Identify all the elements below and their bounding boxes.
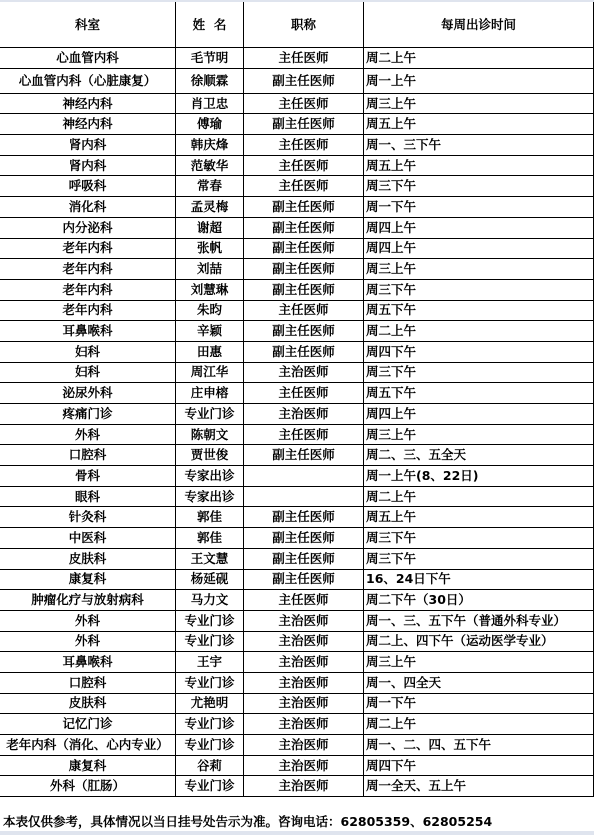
title-cell: 副主任医师	[244, 341, 364, 362]
title-cell: 主治医师	[244, 631, 364, 652]
clinic-time-cell: 周二下午（30日）	[364, 590, 594, 611]
title-cell: 副主任医师	[244, 445, 364, 466]
department-cell: 内分泌科	[0, 217, 176, 238]
department-cell: 眼科	[0, 486, 176, 507]
doctor-name-cell: 谢超	[176, 217, 244, 238]
title-cell: 主治医师	[244, 652, 364, 673]
department-cell: 口腔科	[0, 672, 176, 693]
clinic-time-cell: 周三下午	[364, 548, 594, 569]
title-cell: 主任医师	[244, 590, 364, 611]
doctor-name-cell: 专业门诊	[176, 631, 244, 652]
clinic-time-cell: 周三上午	[364, 652, 594, 673]
header-weekly-time: 每周出诊时间	[364, 2, 594, 48]
clinic-time-cell: 周三下午	[364, 528, 594, 549]
clinic-time-cell: 周三上午	[364, 93, 594, 114]
department-cell: 针灸科	[0, 507, 176, 528]
doctor-name-cell: 王文慧	[176, 548, 244, 569]
doctor-name-cell: 孟灵梅	[176, 197, 244, 218]
title-cell: 副主任医师	[244, 238, 364, 259]
schedule-sheet: 科室 姓 名 职称 每周出诊时间 心血管内科毛节明主任医师周二上午心血管内科（心…	[0, 2, 594, 831]
department-cell: 心血管内科（心脏康复）	[0, 68, 176, 93]
department-cell: 老年内科	[0, 259, 176, 280]
title-cell	[244, 466, 364, 487]
doctor-name-cell: 肖卫忠	[176, 93, 244, 114]
doctor-name-cell: 常春	[176, 176, 244, 197]
department-cell: 神经内科	[0, 114, 176, 135]
table-row: 妇科周江华主治医师周三下午	[0, 362, 594, 383]
department-cell: 老年内科	[0, 300, 176, 321]
clinic-time-cell: 周二上午	[364, 48, 594, 69]
title-cell: 副主任医师	[244, 548, 364, 569]
department-cell: 疼痛门诊	[0, 404, 176, 425]
doctor-name-cell: 专家出诊	[176, 466, 244, 487]
doctor-name-cell: 专业门诊	[176, 714, 244, 735]
doctor-name-cell: 周江华	[176, 362, 244, 383]
title-cell: 副主任医师	[244, 68, 364, 93]
clinic-time-cell: 周一、四全天	[364, 672, 594, 693]
title-cell: 主治医师	[244, 404, 364, 425]
clinic-time-cell: 周一、三下午	[364, 135, 594, 156]
department-cell: 外科（肛肠）	[0, 776, 176, 797]
doctor-name-cell: 专业门诊	[176, 776, 244, 797]
department-cell: 中医科	[0, 528, 176, 549]
clinic-time-cell: 周一上午(8、22日)	[364, 466, 594, 487]
doctor-name-cell: 专业门诊	[176, 735, 244, 756]
table-row: 消化科孟灵梅副主任医师周一下午	[0, 197, 594, 218]
title-cell: 主治医师	[244, 714, 364, 735]
clinic-time-cell: 周一、二、四、五下午	[364, 735, 594, 756]
title-cell: 主治医师	[244, 672, 364, 693]
department-cell: 耳鼻喉科	[0, 652, 176, 673]
table-row: 外科（肛肠）专业门诊主治医师周一全天、五上午	[0, 776, 594, 797]
doctor-name-cell: 专业门诊	[176, 610, 244, 631]
department-cell: 老年内科（消化、心内专业）	[0, 735, 176, 756]
title-cell: 主任医师	[244, 135, 364, 156]
title-cell: 主任医师	[244, 48, 364, 69]
department-cell: 泌尿外科	[0, 383, 176, 404]
title-cell: 主任医师	[244, 93, 364, 114]
table-row: 记忆门诊专业门诊主治医师周二上午	[0, 714, 594, 735]
clinic-time-cell: 周四上午	[364, 404, 594, 425]
doctor-name-cell: 毛节明	[176, 48, 244, 69]
table-row: 皮肤科尤艳明主治医师周一下午	[0, 693, 594, 714]
department-cell: 皮肤科	[0, 693, 176, 714]
clinic-time-cell: 周三下午	[364, 176, 594, 197]
doctor-name-cell: 马力文	[176, 590, 244, 611]
doctor-name-cell: 张帆	[176, 238, 244, 259]
title-cell: 主任医师	[244, 300, 364, 321]
title-cell: 主任医师	[244, 155, 364, 176]
department-cell: 呼吸科	[0, 176, 176, 197]
doctor-name-cell: 尤艳明	[176, 693, 244, 714]
table-row: 疼痛门诊专业门诊主治医师周四上午	[0, 404, 594, 425]
department-cell: 康复科	[0, 755, 176, 776]
table-row: 针灸科郭佳副主任医师周五上午	[0, 507, 594, 528]
clinic-schedule-table: 科室 姓 名 职称 每周出诊时间 心血管内科毛节明主任医师周二上午心血管内科（心…	[0, 2, 594, 797]
clinic-time-cell: 周五下午	[364, 383, 594, 404]
clinic-time-cell: 周一上午	[364, 68, 594, 93]
table-row: 肾内科韩庆烽主任医师周一、三下午	[0, 135, 594, 156]
table-row: 康复科杨延砚副主任医师16、24日下午	[0, 569, 594, 590]
table-row: 康复科谷莉主治医师周四下午	[0, 755, 594, 776]
department-cell: 老年内科	[0, 279, 176, 300]
clinic-time-cell: 周五上午	[364, 507, 594, 528]
department-cell: 消化科	[0, 197, 176, 218]
department-cell: 肾内科	[0, 155, 176, 176]
title-cell: 主任医师	[244, 383, 364, 404]
doctor-name-cell: 田惠	[176, 341, 244, 362]
department-cell: 骨科	[0, 466, 176, 487]
table-row: 内分泌科谢超副主任医师周四上午	[0, 217, 594, 238]
title-cell: 主任医师	[244, 176, 364, 197]
table-row: 神经内科肖卫忠主任医师周三上午	[0, 93, 594, 114]
doctor-name-cell: 庄申榕	[176, 383, 244, 404]
table-row: 心血管内科（心脏康复）徐顺霖副主任医师周一上午	[0, 68, 594, 93]
clinic-time-cell: 周一下午	[364, 197, 594, 218]
table-row: 泌尿外科庄申榕主任医师周五下午	[0, 383, 594, 404]
table-row: 老年内科朱昀主任医师周五下午	[0, 300, 594, 321]
clinic-time-cell: 周三上午	[364, 424, 594, 445]
table-row: 妇科田惠副主任医师周四下午	[0, 341, 594, 362]
table-row: 口腔科专业门诊主治医师周一、四全天	[0, 672, 594, 693]
clinic-time-cell: 周五下午	[364, 300, 594, 321]
header-name: 姓 名	[176, 2, 244, 48]
doctor-name-cell: 专业门诊	[176, 404, 244, 425]
doctor-name-cell: 朱昀	[176, 300, 244, 321]
table-row: 肾内科范敏华主任医师周五上午	[0, 155, 594, 176]
doctor-name-cell: 陈朝文	[176, 424, 244, 445]
clinic-time-cell: 周二上午	[364, 714, 594, 735]
doctor-name-cell: 徐顺霖	[176, 68, 244, 93]
table-row: 耳鼻喉科辛颖副主任医师周二上午	[0, 321, 594, 342]
table-row: 心血管内科毛节明主任医师周二上午	[0, 48, 594, 69]
header-department: 科室	[0, 2, 176, 48]
table-row: 口腔科贾世俊副主任医师周二、三、五全天	[0, 445, 594, 466]
table-row: 神经内科傅瑜副主任医师周五上午	[0, 114, 594, 135]
title-cell	[244, 486, 364, 507]
clinic-time-cell: 周二、三、五全天	[364, 445, 594, 466]
table-row: 眼科专家出诊周二上午	[0, 486, 594, 507]
table-row: 中医科郭佳副主任医师周三下午	[0, 528, 594, 549]
table-row: 外科陈朝文主任医师周三上午	[0, 424, 594, 445]
department-cell: 外科	[0, 631, 176, 652]
department-cell: 康复科	[0, 569, 176, 590]
table-row: 呼吸科常春主任医师周三下午	[0, 176, 594, 197]
doctor-name-cell: 辛颖	[176, 321, 244, 342]
department-cell: 记忆门诊	[0, 714, 176, 735]
title-cell: 主治医师	[244, 735, 364, 756]
title-cell: 副主任医师	[244, 321, 364, 342]
clinic-time-cell: 周二上午	[364, 321, 594, 342]
clinic-time-cell: 周三上午	[364, 259, 594, 280]
clinic-time-cell: 周一全天、五上午	[364, 776, 594, 797]
department-cell: 神经内科	[0, 93, 176, 114]
title-cell: 副主任医师	[244, 507, 364, 528]
table-row: 老年内科刘慧琳副主任医师周三下午	[0, 279, 594, 300]
clinic-time-cell: 周四上午	[364, 238, 594, 259]
title-cell: 副主任医师	[244, 114, 364, 135]
department-cell: 心血管内科	[0, 48, 176, 69]
doctor-name-cell: 专业门诊	[176, 672, 244, 693]
clinic-time-cell: 周五上午	[364, 114, 594, 135]
table-row: 耳鼻喉科王宇主治医师周三上午	[0, 652, 594, 673]
doctor-name-cell: 谷莉	[176, 755, 244, 776]
title-cell: 主任医师	[244, 424, 364, 445]
department-cell: 肾内科	[0, 135, 176, 156]
title-cell: 副主任医师	[244, 217, 364, 238]
title-cell: 主治医师	[244, 610, 364, 631]
doctor-name-cell: 杨延砚	[176, 569, 244, 590]
title-cell: 主治医师	[244, 776, 364, 797]
table-row: 骨科专家出诊周一上午(8、22日)	[0, 466, 594, 487]
title-cell: 副主任医师	[244, 197, 364, 218]
header-title: 职称	[244, 2, 364, 48]
clinic-time-cell: 周二上、四下午（运动医学专业）	[364, 631, 594, 652]
title-cell: 主治医师	[244, 755, 364, 776]
doctor-name-cell: 郭佳	[176, 528, 244, 549]
doctor-name-cell: 傅瑜	[176, 114, 244, 135]
table-row: 外科专业门诊主治医师周二上、四下午（运动医学专业）	[0, 631, 594, 652]
department-cell: 外科	[0, 610, 176, 631]
clinic-time-cell: 16、24日下午	[364, 569, 594, 590]
table-row: 外科专业门诊主治医师周一、三、五下午（普通外科专业）	[0, 610, 594, 631]
department-cell: 老年内科	[0, 238, 176, 259]
table-row: 皮肤科王文慧副主任医师周三下午	[0, 548, 594, 569]
clinic-time-cell: 周二上午	[364, 486, 594, 507]
department-cell: 皮肤科	[0, 548, 176, 569]
title-cell: 副主任医师	[244, 279, 364, 300]
table-row: 老年内科刘喆副主任医师周三上午	[0, 259, 594, 280]
table-row: 老年内科（消化、心内专业）专业门诊主治医师周一、二、四、五下午	[0, 735, 594, 756]
title-cell: 副主任医师	[244, 259, 364, 280]
clinic-time-cell: 周三下午	[364, 279, 594, 300]
title-cell: 副主任医师	[244, 528, 364, 549]
title-cell: 主治医师	[244, 362, 364, 383]
clinic-time-cell: 周一、三、五下午（普通外科专业）	[364, 610, 594, 631]
title-cell: 副主任医师	[244, 569, 364, 590]
doctor-name-cell: 贾世俊	[176, 445, 244, 466]
clinic-time-cell: 周四下午	[364, 341, 594, 362]
clinic-time-cell: 周三下午	[364, 362, 594, 383]
clinic-time-cell: 周四下午	[364, 755, 594, 776]
department-cell: 外科	[0, 424, 176, 445]
doctor-name-cell: 专家出诊	[176, 486, 244, 507]
department-cell: 口腔科	[0, 445, 176, 466]
clinic-time-cell: 周五上午	[364, 155, 594, 176]
footer-note: 本表仅供参考，具体情况以当日挂号处告示为准。咨询电话：62805359、6280…	[3, 813, 492, 831]
doctor-name-cell: 郭佳	[176, 507, 244, 528]
table-row: 老年内科张帆副主任医师周四上午	[0, 238, 594, 259]
doctor-name-cell: 王宇	[176, 652, 244, 673]
department-cell: 肿瘤化疗与放射病科	[0, 590, 176, 611]
doctor-name-cell: 刘慧琳	[176, 279, 244, 300]
doctor-name-cell: 韩庆烽	[176, 135, 244, 156]
department-cell: 耳鼻喉科	[0, 321, 176, 342]
department-cell: 妇科	[0, 362, 176, 383]
clinic-time-cell: 周一下午	[364, 693, 594, 714]
clinic-time-cell: 周四上午	[364, 217, 594, 238]
department-cell: 妇科	[0, 341, 176, 362]
title-cell: 主治医师	[244, 693, 364, 714]
table-row: 肿瘤化疗与放射病科马力文主任医师周二下午（30日）	[0, 590, 594, 611]
header-row: 科室 姓 名 职称 每周出诊时间	[0, 2, 594, 48]
doctor-name-cell: 范敏华	[176, 155, 244, 176]
doctor-name-cell: 刘喆	[176, 259, 244, 280]
